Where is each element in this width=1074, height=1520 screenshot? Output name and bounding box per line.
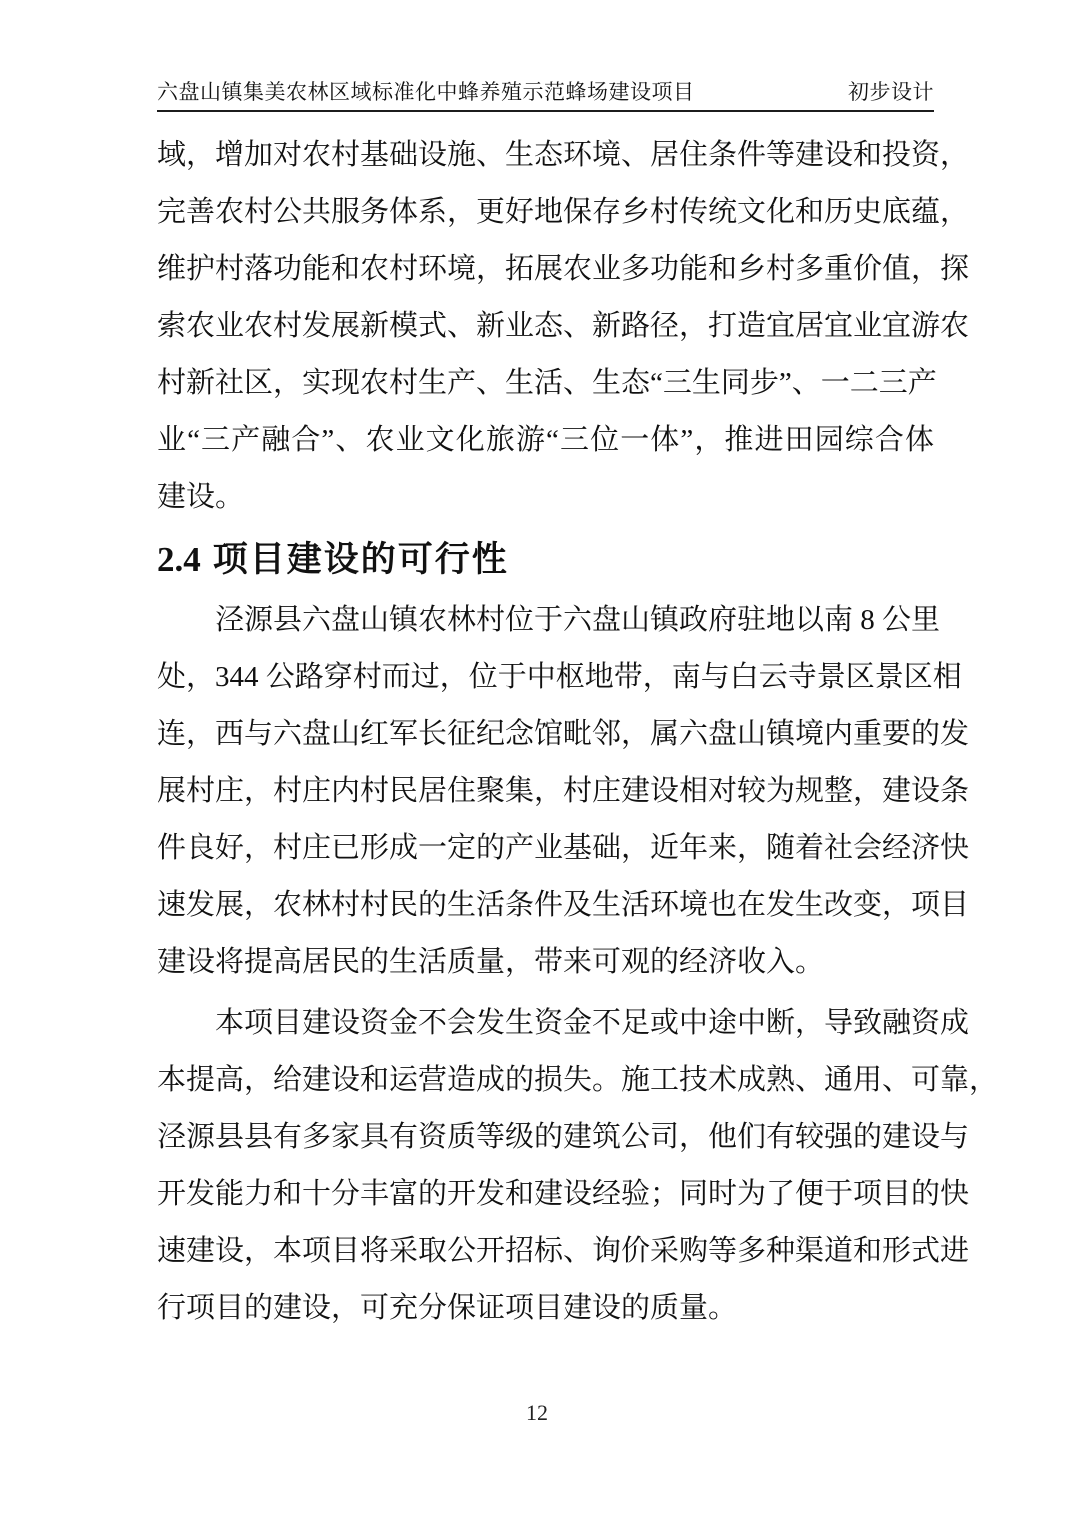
paragraph-line: 速建设，本项目将采取公开招标、询价采购等多种渠道和形式进 — [157, 1223, 934, 1280]
paragraph-line: 业“三产融合”、农业文化旅游“三位一体”，推进田园综合体 — [157, 412, 934, 469]
paragraph-line: 建设将提高居民的生活质量，带来可观的经济收入。 — [157, 934, 934, 991]
paragraph-line: 域，增加对农村基础设施、生态环境、居住条件等建设和投资， — [157, 127, 934, 184]
paragraph-line: 完善农村公共服务体系，更好地保存乡村传统文化和历史底蕴， — [157, 184, 934, 241]
paragraph-1: 域，增加对农村基础设施、生态环境、居住条件等建设和投资，完善农村公共服务体系，更… — [157, 127, 934, 526]
paragraph-2: 泾源县六盘山镇农林村位于六盘山镇政府驻地以南 8 公里处，344 公路穿村而过，… — [157, 592, 934, 991]
paragraph-line: 处，344 公路穿村而过，位于中枢地带，南与白云寺景区景区相 — [157, 649, 934, 706]
paragraph-line: 村新社区，实现农村生产、生活、生态“三生同步”、一二三产 — [157, 355, 934, 412]
section-title: 项目建设的可行性 — [213, 540, 509, 579]
paragraph-3: 本项目建设资金不会发生资金不足或中途中断，导致融资成本提高，给建设和运营造成的损… — [157, 995, 934, 1337]
paragraph-line: 件良好，村庄已形成一定的产业基础，近年来，随着社会经济快 — [157, 820, 934, 877]
paragraph-line: 行项目的建设，可充分保证项目建设的质量。 — [157, 1280, 934, 1337]
paragraph-line: 本项目建设资金不会发生资金不足或中途中断，导致融资成 — [157, 995, 934, 1052]
paragraph-line: 泾源县县有多家具有资质等级的建筑公司，他们有较强的建设与 — [157, 1109, 934, 1166]
paragraph-line: 建设。 — [157, 469, 934, 526]
paragraph-line: 泾源县六盘山镇农林村位于六盘山镇政府驻地以南 8 公里 — [157, 592, 934, 649]
document-page: 六盘山镇集美农林区域标准化中蜂养殖示范蜂场建设项目 初步设计 域，增加对农村基础… — [0, 0, 1074, 1520]
paragraph-line: 开发能力和十分丰富的开发和建设经验；同时为了便于项目的快 — [157, 1166, 934, 1223]
header-label: 初步设计 — [848, 80, 934, 104]
page-header: 六盘山镇集美农林区域标准化中蜂养殖示范蜂场建设项目 初步设计 — [157, 80, 934, 112]
paragraph-line: 速发展，农林村村民的生活条件及生活环境也在发生改变，项目 — [157, 877, 934, 934]
paragraph-line: 本提高，给建设和运营造成的损失。施工技术成熟、通用、可靠， — [157, 1052, 934, 1109]
document-body: 域，增加对农村基础设施、生态环境、居住条件等建设和投资，完善农村公共服务体系，更… — [157, 127, 934, 1337]
paragraph-line: 展村庄，村庄内村民居住聚集，村庄建设相对较为规整，建设条 — [157, 763, 934, 820]
paragraph-line: 维护村落功能和农村环境，拓展农业多功能和乡村多重价值，探 — [157, 241, 934, 298]
paragraph-line: 索农业农村发展新模式、新业态、新路径，打造宜居宜业宜游农 — [157, 298, 934, 355]
header-title: 六盘山镇集美农林区域标准化中蜂养殖示范蜂场建设项目 — [157, 80, 695, 104]
page-number: 12 — [0, 1400, 1074, 1426]
paragraph-line: 连，西与六盘山红军长征纪念馆毗邻，属六盘山镇境内重要的发 — [157, 706, 934, 763]
section-heading: 2.4项目建设的可行性 — [157, 536, 934, 584]
section-number: 2.4 — [157, 540, 201, 579]
